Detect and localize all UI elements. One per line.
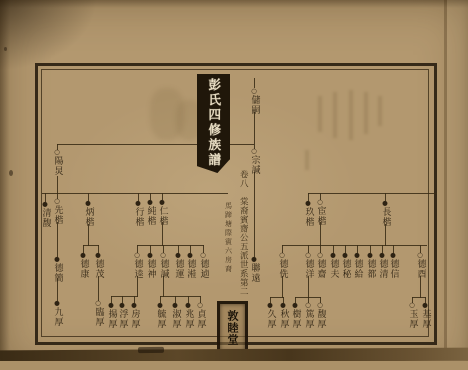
tree-node-name: 德逵	[133, 259, 142, 279]
tree-node: ○臨厚	[94, 300, 103, 327]
paper-speck	[9, 170, 13, 176]
tree-node: ●德夫	[329, 252, 338, 279]
tree-node-name: 德信	[389, 259, 398, 279]
tree-node-name: 德秘	[341, 259, 350, 279]
tree-node-name: 淑厚	[171, 309, 180, 329]
tree-node-name: 先楷	[53, 205, 62, 225]
tree-node: ●淑厚	[171, 302, 180, 329]
tree-node: ●房厚	[130, 302, 139, 329]
tree-node: ●德運	[174, 252, 183, 279]
tree-node: ●清馥	[41, 201, 50, 228]
tree-node-name: 玉厚	[408, 309, 417, 329]
bleedthrough-mark	[305, 150, 309, 170]
tree-node: ○馥厚	[316, 302, 325, 329]
tree-node: ○儲嗣	[250, 88, 259, 115]
tree-node-name: 德簡	[53, 263, 62, 283]
tree-node-name: 秋厚	[279, 309, 288, 329]
tree-node: ○陽炅	[53, 149, 62, 176]
tree-node: ●德簡	[53, 256, 62, 283]
connector-line	[137, 245, 204, 246]
connector-line	[57, 222, 58, 257]
tree-node: ●毓厚	[156, 302, 165, 329]
tree-node-name: 德神	[146, 259, 155, 279]
adjacent-page-strip	[447, 0, 468, 352]
connector-line	[282, 276, 283, 298]
tree-node: ○貞厚	[196, 302, 205, 329]
tree-node: ●秋厚	[279, 302, 288, 329]
tree-node-name: 德洋	[304, 259, 313, 279]
connector-line	[385, 224, 386, 246]
tree-node-name: 宗諴	[250, 155, 259, 175]
connector-line	[254, 112, 255, 149]
connector-line	[57, 176, 58, 194]
connector-line	[137, 276, 138, 297]
tree-node: ●德茂	[94, 252, 103, 279]
tree-node: ●德神	[146, 252, 155, 279]
tree-node: ○宗諴	[250, 148, 259, 175]
tree-node-name: 玖楷	[304, 207, 313, 227]
tree-node: ○德洋	[304, 252, 313, 279]
connector-line	[412, 297, 426, 298]
tree-node: ○先楷	[53, 198, 62, 225]
connector-line	[308, 193, 437, 194]
connector-line	[420, 276, 421, 298]
page-crease	[444, 0, 447, 352]
tree-node-name: 浮厚	[118, 309, 127, 329]
tree-node: ○德逌	[199, 252, 208, 279]
connector-line	[42, 193, 228, 194]
tree-node-name: 德齋	[316, 259, 325, 279]
connector-line	[308, 276, 309, 298]
tree-node: ●長楷	[381, 200, 390, 227]
connector-line	[163, 276, 164, 297]
tree-node: ○德逵	[133, 252, 142, 279]
tree-node: ●炳楷	[84, 200, 93, 227]
tree-node-name: 兆厚	[184, 309, 193, 329]
connector-line	[282, 245, 427, 246]
tree-node: ○德侁	[278, 252, 287, 279]
tree-node-name: 毓厚	[156, 309, 165, 329]
tree-node: ●九厚	[53, 300, 62, 327]
tree-node-name: 聯遠	[250, 263, 259, 283]
genealogy-page-scan: ○儲嗣○宗諴●聯遠○陽炅●清馥○先楷●炳楷●行楷●純楷●仁楷●玖楷○宦楷●長楷●…	[0, 0, 468, 370]
tree-node: ●德溎	[186, 252, 195, 279]
title-block: 彭氏四修族譜	[197, 74, 230, 173]
hall-seal: 敦睦堂	[217, 301, 248, 354]
connector-line	[162, 222, 163, 246]
connector-line	[98, 276, 99, 301]
tree-node-name: 德諴	[159, 259, 168, 279]
tree-node-name: 樹厚	[291, 309, 300, 329]
tree-node: ○德諴	[159, 252, 168, 279]
tree-node: ○宦楷	[316, 199, 325, 226]
tree-node: ●德康	[79, 252, 88, 279]
next-page-strip	[0, 361, 468, 370]
connector-line	[320, 222, 321, 246]
tree-node: ●德清	[378, 252, 387, 279]
bleedthrough-mark	[333, 92, 337, 138]
connector-line	[254, 172, 255, 257]
tree-node-name: 清馥	[41, 208, 50, 228]
tree-node-name: 儲嗣	[250, 95, 259, 115]
tree-node: ●聯遠	[250, 256, 259, 283]
bleedthrough-mark	[349, 90, 353, 140]
tree-node: ○德酉	[416, 252, 425, 279]
tree-node-name: 德逌	[199, 259, 208, 279]
tree-node-name: 德侁	[278, 259, 287, 279]
tree-node-name: 揚厚	[107, 309, 116, 329]
tree-node: ●基厚	[421, 302, 430, 329]
tree-node-name: 德夫	[329, 259, 338, 279]
connector-line	[83, 245, 99, 246]
tree-node-name: 德康	[79, 259, 88, 279]
bleedthrough-mark	[378, 96, 382, 126]
book-title: 彭氏四修族譜	[207, 74, 220, 173]
tree-node-name: 宦楷	[316, 206, 325, 226]
tree-node-name: 純楷	[146, 206, 155, 226]
tree-node: ●揚厚	[107, 302, 116, 329]
tree-node-name: 臨厚	[94, 307, 103, 327]
tree-node: ●玖楷	[304, 200, 313, 227]
bleedthrough-mark	[318, 96, 322, 132]
tree-node: ●兆厚	[184, 302, 193, 329]
tree-node: ○篤厚	[304, 302, 313, 329]
book-edge-notch	[138, 347, 164, 353]
tree-node-name: 貞厚	[196, 309, 205, 329]
tree-node: ●純楷	[146, 199, 155, 226]
tree-node: ●久厚	[266, 302, 275, 329]
tree-node-name: 馥厚	[316, 309, 325, 329]
tree-node-name: 九厚	[53, 307, 62, 327]
page-left-edge	[0, 0, 10, 370]
tree-node-name: 行楷	[134, 207, 143, 227]
tree-node-name: 德清	[378, 259, 387, 279]
tree-node-name: 德茂	[94, 259, 103, 279]
tree-node: ●德都	[366, 252, 375, 279]
tree-node-name: 仁楷	[158, 206, 167, 226]
tree-node: ●行楷	[134, 200, 143, 227]
tree-node-name: 房厚	[130, 309, 139, 329]
tree-node-name: 陽炅	[53, 156, 62, 176]
paper-speck	[4, 47, 7, 51]
tree-node: ●德秘	[341, 252, 350, 279]
branch-note-column: 馬蹄塘際賓六房裔	[225, 202, 232, 274]
tree-node: ○德齋	[316, 252, 325, 279]
tree-node-name: 德都	[366, 259, 375, 279]
tree-node: ●樹厚	[291, 302, 300, 329]
tree-node: ●德信	[389, 252, 398, 279]
volume-heading: 卷八 棠裔賓齋公五派世系第二	[239, 170, 248, 296]
tree-node-name: 長楷	[381, 207, 390, 227]
tree-node-name: 德運	[174, 259, 183, 279]
tree-node: ●仁楷	[158, 199, 167, 226]
tree-node: ●浮厚	[118, 302, 127, 329]
bleedthrough-mark	[364, 92, 368, 134]
tree-node-name: 基厚	[421, 309, 430, 329]
tree-node-name: 炳楷	[84, 207, 93, 227]
hall-seal-text: 敦睦堂	[227, 310, 238, 346]
chart-inner-border	[41, 69, 429, 337]
tree-node-name: 德溎	[186, 259, 195, 279]
page-top-edge	[0, 0, 468, 8]
tree-node: ○玉厚	[408, 302, 417, 329]
tree-node: ●德給	[353, 252, 362, 279]
connector-line	[88, 224, 89, 246]
tree-node-name: 德給	[353, 259, 362, 279]
tree-node-name: 久厚	[266, 309, 275, 329]
tree-node-name: 篤厚	[304, 309, 313, 329]
connector-line	[160, 296, 201, 297]
tree-node-name: 德酉	[416, 259, 425, 279]
